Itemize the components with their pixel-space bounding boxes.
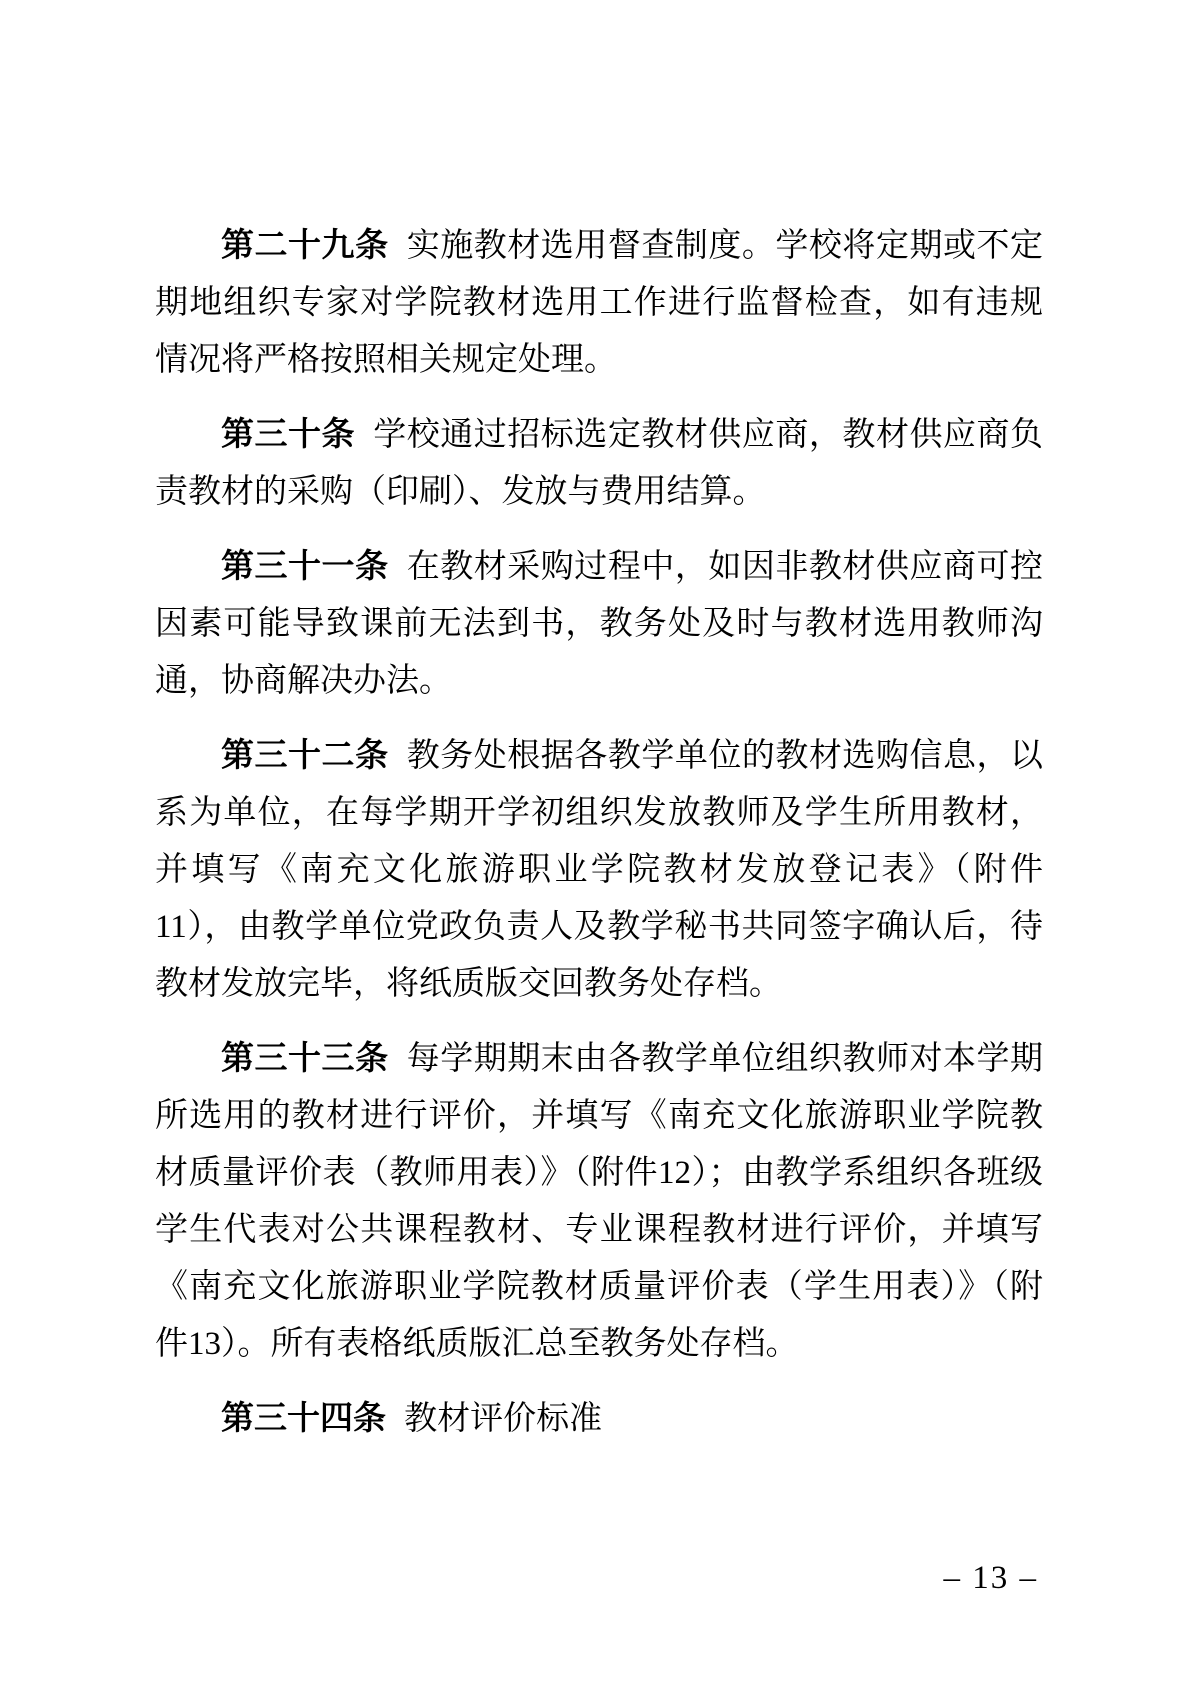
article-paragraph-29: 第二十九条实施教材选用督查制度。学校将定期或不定期地组织专家对学院教材选用工作进…: [155, 216, 1043, 389]
article-paragraph-32: 第三十二条教务处根据各教学单位的教材选购信息，以系为单位，在每学期开学初组织发放…: [155, 726, 1043, 1013]
article-term: 第三十条: [221, 415, 355, 452]
article-text: 教务处根据各教学单位的教材选购信息，以系为单位，在每学期开学初组织发放教师及学生…: [155, 738, 1043, 1002]
article-paragraph-31: 第三十一条在教材采购过程中，如因非教材供应商可控因素可能导致课前无法到书，教务处…: [155, 537, 1043, 710]
article-paragraph-33: 第三十三条每学期期末由各教学单位组织教师对本学期所选用的教材进行评价，并填写《南…: [155, 1029, 1043, 1373]
article-term: 第三十四条: [221, 1399, 386, 1436]
article-term: 第二十九条: [221, 226, 389, 263]
article-paragraph-30: 第三十条学校通过招标选定教材供应商，教材供应商负责教材的采购（印刷）、发放与费用…: [155, 405, 1043, 521]
article-term: 第三十一条: [221, 547, 389, 584]
article-term: 第三十二条: [221, 736, 389, 773]
article-text: 每学期期末由各教学单位组织教师对本学期所选用的教材进行评价，并填写《南充文化旅游…: [155, 1041, 1043, 1362]
article-text: 教材评价标准: [404, 1401, 602, 1437]
article-paragraph-34: 第三十四条教材评价标准: [155, 1389, 1043, 1448]
article-term: 第三十三条: [221, 1039, 389, 1076]
page-number: – 13 –: [944, 1560, 1039, 1596]
document-page: 第二十九条实施教材选用督查制度。学校将定期或不定期地组织专家对学院教材选用工作进…: [0, 0, 1190, 1683]
document-body: 第二十九条实施教材选用督查制度。学校将定期或不定期地组织专家对学院教材选用工作进…: [155, 0, 1043, 1464]
